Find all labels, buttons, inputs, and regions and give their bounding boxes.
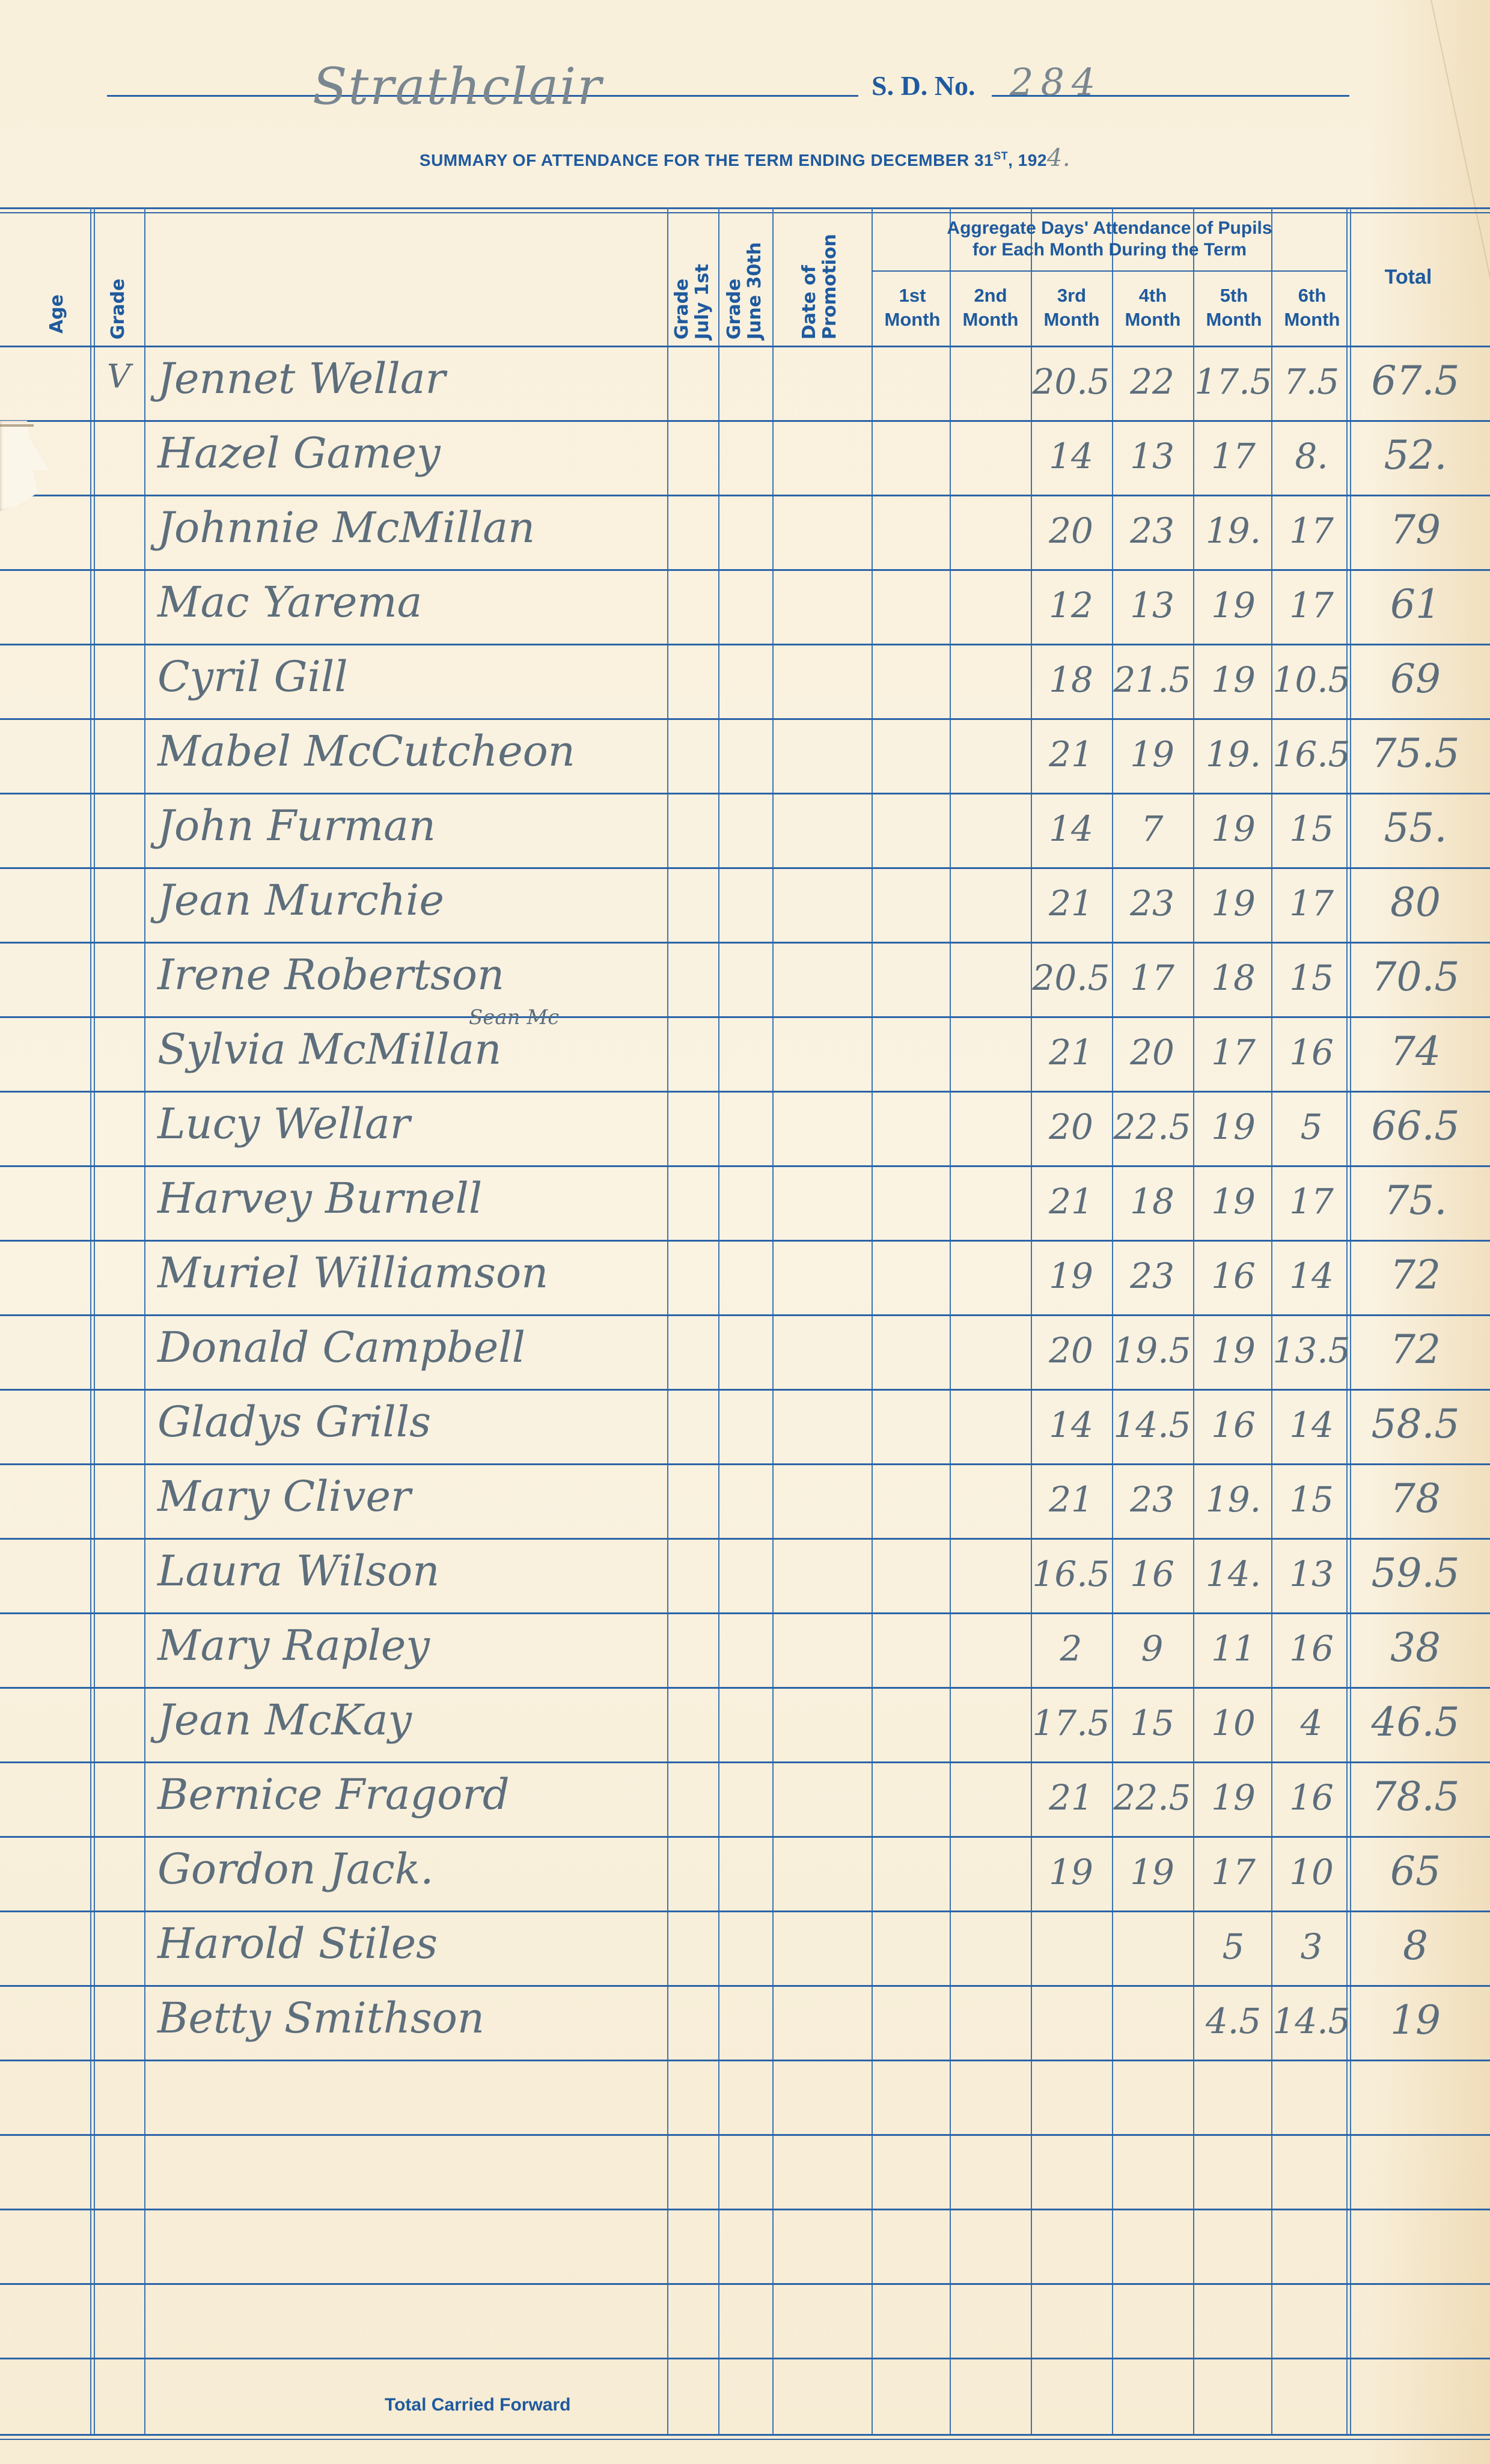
pupil-name-correction: Sean Mc bbox=[469, 1005, 559, 1029]
header-month-word: Month bbox=[1194, 308, 1274, 332]
header-month-ordinal: 5th bbox=[1194, 284, 1274, 308]
attendance-month-5: 19 bbox=[1194, 1330, 1272, 1371]
header-month-ordinal: 4th bbox=[1113, 284, 1192, 308]
attendance-month-5: 17.5 bbox=[1194, 361, 1272, 402]
attendance-month-5: 19 bbox=[1194, 808, 1272, 849]
attendance-month-6: 16.5 bbox=[1272, 734, 1351, 775]
header-total: Total bbox=[1348, 266, 1468, 289]
attendance-month-4: 22.5 bbox=[1113, 1106, 1191, 1147]
header-grade-june: GradeJune 30th bbox=[724, 242, 765, 340]
total-carried-forward-label: Total Carried Forward bbox=[385, 2395, 571, 2415]
header-month-ordinal: 2nd bbox=[951, 284, 1030, 308]
pupil-name: Jean Murchie bbox=[157, 876, 444, 925]
table-row: Laura Wilson16.51614.1359.5 bbox=[0, 1538, 1490, 1612]
table-row: Gordon Jack.1919171065 bbox=[0, 1836, 1490, 1911]
attendance-month-3: 14 bbox=[1032, 1404, 1110, 1445]
attendance-month-3: 21 bbox=[1032, 734, 1110, 775]
attendance-month-3: 21 bbox=[1032, 883, 1110, 924]
attendance-month-4: 22 bbox=[1113, 361, 1191, 402]
header-promotion-line1: Date of bbox=[799, 234, 820, 340]
table-row: Harold Stiles538 bbox=[0, 1911, 1490, 1985]
pupil-total: 19 bbox=[1352, 1997, 1479, 2043]
attendance-month-4: 19 bbox=[1113, 1852, 1191, 1892]
pupil-total: 59.5 bbox=[1352, 1550, 1479, 1596]
attendance-month-4: 19.5 bbox=[1113, 1330, 1191, 1371]
table-row: Harvey Burnell2118191775. bbox=[0, 1165, 1490, 1240]
table-row: Mac Yarema1213191761 bbox=[0, 569, 1490, 644]
pupil-name: Irene Robertson bbox=[157, 950, 504, 999]
header-grade: Grade bbox=[108, 279, 129, 340]
pupil-name: Lucy Wellar bbox=[157, 1099, 410, 1148]
header-month-3: 3rdMonth bbox=[1032, 284, 1111, 332]
attendance-month-4: 20 bbox=[1113, 1032, 1191, 1073]
summary-text: SUMMARY OF ATTENDANCE FOR THE TERM ENDIN… bbox=[420, 151, 994, 169]
pupil-name: Mac Yarema bbox=[157, 578, 422, 627]
attendance-month-5: 16 bbox=[1194, 1404, 1272, 1445]
attendance-month-6: 14 bbox=[1272, 1255, 1351, 1296]
table-row: Mary Cliver212319.1578 bbox=[0, 1463, 1490, 1538]
attendance-month-4: 23 bbox=[1113, 1255, 1191, 1296]
pupil-name: Hazel Gamey bbox=[157, 428, 441, 478]
attendance-month-3: 21 bbox=[1032, 1032, 1110, 1073]
attendance-month-5: 4.5 bbox=[1194, 2001, 1272, 2042]
pupil-total: 61 bbox=[1352, 581, 1479, 627]
pupil-total: 74 bbox=[1352, 1028, 1479, 1075]
summary-year-prefix: , 192 bbox=[1008, 151, 1047, 169]
header-month-5: 5thMonth bbox=[1194, 284, 1274, 332]
attendance-month-4: 18 bbox=[1113, 1181, 1191, 1222]
pupil-total: 46.5 bbox=[1352, 1699, 1479, 1745]
table-row: Jean McKay17.51510446.5 bbox=[0, 1687, 1490, 1761]
pupil-total: 79 bbox=[1352, 507, 1479, 553]
attendance-month-3: 17.5 bbox=[1032, 1703, 1110, 1743]
attendance-month-4: 22.5 bbox=[1113, 1777, 1191, 1818]
pupil-name: Sylvia McMillan bbox=[157, 1025, 501, 1074]
header-grade-july: GradeJuly 1st bbox=[672, 264, 713, 340]
header-aggregate-line1: Aggregate Days' Attendance of Pupils bbox=[873, 218, 1346, 239]
attendance-month-5: 19 bbox=[1194, 1181, 1272, 1222]
attendance-month-6: 15 bbox=[1272, 957, 1351, 998]
attendance-month-6: 5 bbox=[1272, 1106, 1351, 1147]
header-month-6: 6thMonth bbox=[1272, 284, 1352, 332]
pupil-name: Mabel McCutcheon bbox=[157, 727, 575, 776]
table-row: Cyril Gill1821.51910.569 bbox=[0, 644, 1490, 718]
attendance-month-5: 19 bbox=[1194, 659, 1272, 700]
header-grade-june-line2: June 30th bbox=[745, 242, 765, 340]
pupil-total: 38 bbox=[1352, 1624, 1479, 1671]
header-grade-june-line1: Grade bbox=[724, 242, 745, 340]
summary-title: SUMMARY OF ATTENDANCE FOR THE TERM ENDIN… bbox=[0, 144, 1490, 172]
header-month-2: 2ndMonth bbox=[951, 284, 1030, 332]
pupil-name: Cyril Gill bbox=[157, 652, 348, 701]
pupil-name: Betty Smithson bbox=[157, 1993, 484, 2043]
attendance-month-5: 10 bbox=[1194, 1703, 1272, 1743]
table-row: Bernice Fragord2122.5191678.5 bbox=[0, 1761, 1490, 1836]
pupil-name: Donald Campbell bbox=[157, 1323, 525, 1372]
pupil-total: 75.5 bbox=[1352, 730, 1479, 776]
attendance-month-6: 10.5 bbox=[1272, 659, 1351, 700]
header-date-of-promotion: Date ofPromotion bbox=[799, 234, 840, 340]
attendance-month-3: 20 bbox=[1032, 1106, 1110, 1147]
attendance-month-3: 21 bbox=[1032, 1479, 1110, 1520]
attendance-month-3: 21 bbox=[1032, 1181, 1110, 1222]
attendance-month-6: 17 bbox=[1272, 883, 1351, 924]
header-aggregate-line2: for Each Month During the Term bbox=[873, 239, 1346, 261]
attendance-month-3: 19 bbox=[1032, 1852, 1110, 1892]
pupil-name: Gordon Jack. bbox=[157, 1844, 433, 1894]
attendance-month-4: 16 bbox=[1113, 1554, 1191, 1594]
table-row: Lucy Wellar2022.519566.5 bbox=[0, 1091, 1490, 1165]
attendance-month-5: 17 bbox=[1194, 1852, 1272, 1892]
header-aggregate-attendance: Aggregate Days' Attendance of Pupilsfor … bbox=[873, 218, 1346, 261]
attendance-month-5: 19. bbox=[1194, 1479, 1272, 1520]
attendance-month-3: 14 bbox=[1032, 436, 1110, 477]
header-month-word: Month bbox=[1113, 308, 1192, 332]
pupil-total: 78.5 bbox=[1352, 1773, 1479, 1820]
attendance-month-4: 9 bbox=[1113, 1628, 1191, 1669]
pupil-total: 69 bbox=[1352, 656, 1479, 702]
table-row: Hazel Gamey1413178.52. bbox=[0, 420, 1490, 495]
attendance-month-6: 15 bbox=[1272, 808, 1351, 849]
attendance-month-6: 17 bbox=[1272, 510, 1351, 551]
pupil-total: 65 bbox=[1352, 1848, 1479, 1894]
attendance-month-5: 19 bbox=[1194, 585, 1272, 626]
attendance-month-6: 7.5 bbox=[1272, 361, 1351, 402]
attendance-month-6: 15 bbox=[1272, 1479, 1351, 1520]
sd-number-value: 284 bbox=[1010, 60, 1102, 104]
header-month-word: Month bbox=[873, 308, 952, 332]
attendance-month-6: 17 bbox=[1272, 1181, 1351, 1222]
pupil-name: Harvey Burnell bbox=[157, 1174, 482, 1223]
attendance-month-5: 17 bbox=[1194, 436, 1272, 477]
attendance-month-5: 18 bbox=[1194, 957, 1272, 998]
attendance-month-6: 16 bbox=[1272, 1032, 1351, 1073]
torn-paper-shadow bbox=[0, 424, 34, 427]
summary-year-digit: 4. bbox=[1047, 144, 1070, 172]
header-month-ordinal: 3rd bbox=[1032, 284, 1111, 308]
attendance-month-4: 17 bbox=[1113, 957, 1191, 998]
header-month-word: Month bbox=[1032, 308, 1111, 332]
attendance-month-5: 19 bbox=[1194, 1106, 1272, 1147]
pupil-name: John Furman bbox=[157, 801, 436, 850]
attendance-month-5: 19. bbox=[1194, 510, 1272, 551]
table-row: John Furman147191555. bbox=[0, 793, 1490, 867]
header-month-ordinal: 6th bbox=[1272, 284, 1352, 308]
attendance-month-3: 20 bbox=[1032, 1330, 1110, 1371]
pupil-grade: V bbox=[107, 358, 130, 395]
attendance-month-6: 16 bbox=[1272, 1777, 1351, 1818]
table-row: Betty Smithson4.514.519 bbox=[0, 1985, 1490, 2060]
pupil-total: 66.5 bbox=[1352, 1103, 1479, 1149]
pupil-name: Jennet Wellar bbox=[157, 354, 445, 403]
pupil-total: 72 bbox=[1352, 1326, 1479, 1373]
pupil-name: Mary Rapley bbox=[157, 1621, 430, 1670]
attendance-month-3: 21 bbox=[1032, 1777, 1110, 1818]
attendance-month-4: 13 bbox=[1113, 436, 1191, 477]
attendance-month-5: 16 bbox=[1194, 1255, 1272, 1296]
attendance-month-6: 4 bbox=[1272, 1703, 1351, 1743]
attendance-month-3: 20.5 bbox=[1032, 957, 1110, 998]
pupil-total: 8 bbox=[1352, 1923, 1479, 1969]
header-month-4: 4thMonth bbox=[1113, 284, 1192, 332]
header-grade-july-line2: July 1st bbox=[692, 264, 713, 340]
attendance-month-3: 2 bbox=[1032, 1628, 1110, 1669]
attendance-month-6: 13.5 bbox=[1272, 1330, 1351, 1371]
attendance-month-6: 10 bbox=[1272, 1852, 1351, 1892]
attendance-month-3: 12 bbox=[1032, 585, 1110, 626]
header-month-word: Month bbox=[1272, 308, 1352, 332]
header-grade-july-line1: Grade bbox=[672, 264, 692, 340]
table-row: Johnnie McMillan202319.1779 bbox=[0, 495, 1490, 569]
attendance-month-3: 14 bbox=[1032, 808, 1110, 849]
table-row: Gladys Grills1414.5161458.5 bbox=[0, 1389, 1490, 1463]
table-row: Mabel McCutcheon211919.16.575.5 bbox=[0, 718, 1490, 793]
pupil-name: Laura Wilson bbox=[157, 1546, 439, 1596]
pupil-name: Bernice Fragord bbox=[157, 1770, 510, 1819]
pupil-total: 75. bbox=[1352, 1177, 1479, 1224]
table-row: VJennet Wellar20.52217.57.567.5 bbox=[0, 346, 1490, 420]
attendance-month-3: 18 bbox=[1032, 659, 1110, 700]
sd-number-label: S. D. No. bbox=[872, 70, 976, 102]
header-promotion-line2: Promotion bbox=[820, 234, 840, 340]
pupil-total: 67.5 bbox=[1352, 358, 1479, 404]
pupil-total: 78 bbox=[1352, 1475, 1479, 1522]
table-row: Muriel Williamson1923161472 bbox=[0, 1240, 1490, 1314]
attendance-month-3: 19 bbox=[1032, 1255, 1110, 1296]
header-age: Age bbox=[47, 294, 67, 334]
summary-ordinal: ST bbox=[994, 150, 1008, 162]
table-row: Sylvia McMillanSean Mc2120171674 bbox=[0, 1016, 1490, 1091]
attendance-month-5: 11 bbox=[1194, 1628, 1272, 1669]
attendance-month-4: 7 bbox=[1113, 808, 1191, 849]
attendance-month-6: 17 bbox=[1272, 585, 1351, 626]
attendance-month-5: 19 bbox=[1194, 1777, 1272, 1818]
attendance-month-4: 14.5 bbox=[1113, 1404, 1191, 1445]
school-name: Strathclair bbox=[313, 57, 602, 116]
attendance-month-4: 23 bbox=[1113, 1479, 1191, 1520]
attendance-month-4: 23 bbox=[1113, 510, 1191, 551]
pupil-total: 72 bbox=[1352, 1252, 1479, 1298]
table-row: Jean Murchie2123191780 bbox=[0, 867, 1490, 942]
attendance-month-3: 16.5 bbox=[1032, 1554, 1110, 1594]
table-row: Irene Robertson20.517181570.5 bbox=[0, 942, 1490, 1016]
pupil-total: 52. bbox=[1352, 432, 1479, 478]
pupil-total: 58.5 bbox=[1352, 1401, 1479, 1447]
table-row: Mary Rapley29111638 bbox=[0, 1612, 1490, 1687]
pupil-name: Gladys Grills bbox=[157, 1397, 431, 1447]
attendance-month-3: 20 bbox=[1032, 510, 1110, 551]
header-month-word: Month bbox=[951, 308, 1030, 332]
attendance-month-5: 19. bbox=[1194, 734, 1272, 775]
pupil-name: Mary Cliver bbox=[157, 1472, 411, 1521]
pupil-total: 80 bbox=[1352, 879, 1479, 926]
attendance-month-4: 15 bbox=[1113, 1703, 1191, 1743]
attendance-month-5: 17 bbox=[1194, 1032, 1272, 1073]
attendance-month-6: 13 bbox=[1272, 1554, 1351, 1594]
pupil-total: 70.5 bbox=[1352, 954, 1479, 1000]
attendance-month-4: 13 bbox=[1113, 585, 1191, 626]
pupil-name: Harold Stiles bbox=[157, 1919, 438, 1968]
attendance-month-3: 20.5 bbox=[1032, 361, 1110, 402]
attendance-month-4: 23 bbox=[1113, 883, 1191, 924]
header-month-1: 1stMonth bbox=[873, 284, 952, 332]
header-month-ordinal: 1st bbox=[873, 284, 952, 308]
pupil-name: Muriel Williamson bbox=[157, 1248, 548, 1298]
attendance-month-6: 8. bbox=[1272, 436, 1351, 477]
attendance-month-4: 19 bbox=[1113, 734, 1191, 775]
attendance-month-6: 14.5 bbox=[1272, 2001, 1351, 2042]
pupil-total: 55. bbox=[1352, 805, 1479, 851]
attendance-month-6: 14 bbox=[1272, 1404, 1351, 1445]
attendance-month-4: 21.5 bbox=[1113, 659, 1191, 700]
table-row: Donald Campbell2019.51913.572 bbox=[0, 1314, 1490, 1389]
attendance-month-5: 19 bbox=[1194, 883, 1272, 924]
attendance-month-6: 16 bbox=[1272, 1628, 1351, 1669]
attendance-month-5: 14. bbox=[1194, 1554, 1272, 1594]
attendance-month-6: 3 bbox=[1272, 1926, 1351, 1967]
pupil-name: Johnnie McMillan bbox=[157, 503, 535, 552]
attendance-month-5: 5 bbox=[1194, 1926, 1272, 1967]
pupil-name: Jean McKay bbox=[157, 1695, 412, 1745]
